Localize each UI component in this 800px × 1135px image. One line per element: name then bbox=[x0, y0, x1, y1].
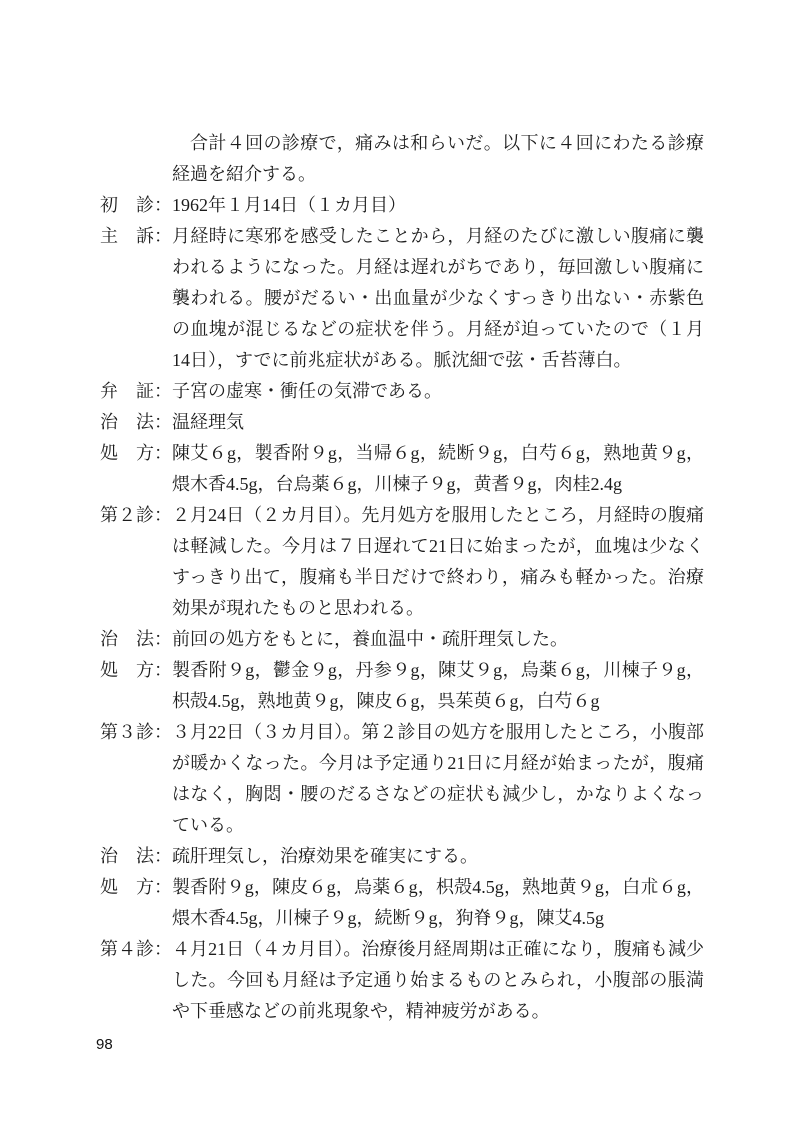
entry-treatment-method-1: 治 法： 温経理気 bbox=[100, 407, 704, 438]
entry-label: 処 方： bbox=[100, 438, 172, 469]
entry-text: ４月21日（４カ月目）。治療後月経周期は正確になり，腹痛も減少した。今回も月経は… bbox=[172, 934, 704, 1027]
entry-text: ２月24日（２カ月目）。先月処方を服用したところ，月経時の腹痛は軽減した。今月は… bbox=[172, 500, 704, 624]
entry-label: 第２診： bbox=[100, 500, 172, 531]
entry-label: 処 方： bbox=[100, 655, 172, 686]
entry-label: 治 法： bbox=[100, 841, 172, 872]
document-page: 合計４回の診療で，痛みは和らいだ。以下に４回にわたる診療経過を紹介する。 初 診… bbox=[0, 0, 800, 1135]
entry-label: 初 診： bbox=[100, 190, 172, 221]
entry-third-visit: 第３診： ３月22日（３カ月目）。第２診目の処方を服用したところ，小腹部が暖かく… bbox=[100, 717, 704, 841]
entry-label: 処 方： bbox=[100, 872, 172, 903]
entry-second-visit: 第２診： ２月24日（２カ月目）。先月処方を服用したところ，月経時の腹痛は軽減し… bbox=[100, 500, 704, 624]
entry-pattern-identification: 弁 証： 子宮の虚寒・衝任の気滞である。 bbox=[100, 376, 704, 407]
entry-label: 治 法： bbox=[100, 624, 172, 655]
page-number: 98 bbox=[96, 1036, 113, 1053]
entry-label: 主 訴： bbox=[100, 221, 172, 252]
entry-text: 月経時に寒邪を感受したことから，月経のたびに激しい腹痛に襲われるようになった。月… bbox=[172, 221, 704, 376]
entry-text: ３月22日（３カ月目）。第２診目の処方を服用したところ，小腹部が暖かくなった。今… bbox=[172, 717, 704, 841]
intro-paragraph: 合計４回の診療で，痛みは和らいだ。以下に４回にわたる診療経過を紹介する。 bbox=[172, 128, 704, 190]
case-record-text: 合計４回の診療で，痛みは和らいだ。以下に４回にわたる診療経過を紹介する。 初 診… bbox=[100, 128, 704, 1027]
entry-text: 温経理気 bbox=[172, 407, 704, 438]
entry-label: 第３診： bbox=[100, 717, 172, 748]
entry-text: 製香附９g，鬱金９g，丹参９g，陳艾９g，烏薬６g，川楝子９g，枳殻4.5g，熟… bbox=[172, 655, 704, 717]
entry-text: 1962年１月14日（１カ月目） bbox=[172, 190, 704, 221]
entry-prescription-2: 処 方： 製香附９g，鬱金９g，丹参９g，陳艾９g，烏薬６g，川楝子９g，枳殻4… bbox=[100, 655, 704, 717]
entry-treatment-method-3: 治 法： 疏肝理気し，治療効果を確実にする。 bbox=[100, 841, 704, 872]
entry-label: 弁 証： bbox=[100, 376, 172, 407]
entry-label: 第４診： bbox=[100, 934, 172, 965]
entry-text: 疏肝理気し，治療効果を確実にする。 bbox=[172, 841, 704, 872]
entry-text: 製香附９g，陳皮６g，烏薬６g，枳殻4.5g，熟地黄９g，白朮６g，煨木香4.5… bbox=[172, 872, 704, 934]
entry-label: 治 法： bbox=[100, 407, 172, 438]
entry-text: 前回の処方をもとに，養血温中・疏肝理気した。 bbox=[172, 624, 704, 655]
entry-fourth-visit: 第４診： ４月21日（４カ月目）。治療後月経周期は正確になり，腹痛も減少した。今… bbox=[100, 934, 704, 1027]
entry-prescription-3: 処 方： 製香附９g，陳皮６g，烏薬６g，枳殻4.5g，熟地黄９g，白朮６g，煨… bbox=[100, 872, 704, 934]
entry-chief-complaint: 主 訴： 月経時に寒邪を感受したことから，月経のたびに激しい腹痛に襲われるように… bbox=[100, 221, 704, 376]
entry-text: 陳艾６g，製香附９g，当帰６g，続断９g，白芍６g，熟地黄９g，煨木香4.5g，… bbox=[172, 438, 704, 500]
entry-first-visit: 初 診： 1962年１月14日（１カ月目） bbox=[100, 190, 704, 221]
entry-prescription-1: 処 方： 陳艾６g，製香附９g，当帰６g，続断９g，白芍６g，熟地黄９g，煨木香… bbox=[100, 438, 704, 500]
entry-treatment-method-2: 治 法： 前回の処方をもとに，養血温中・疏肝理気した。 bbox=[100, 624, 704, 655]
entry-text: 子宮の虚寒・衝任の気滞である。 bbox=[172, 376, 704, 407]
